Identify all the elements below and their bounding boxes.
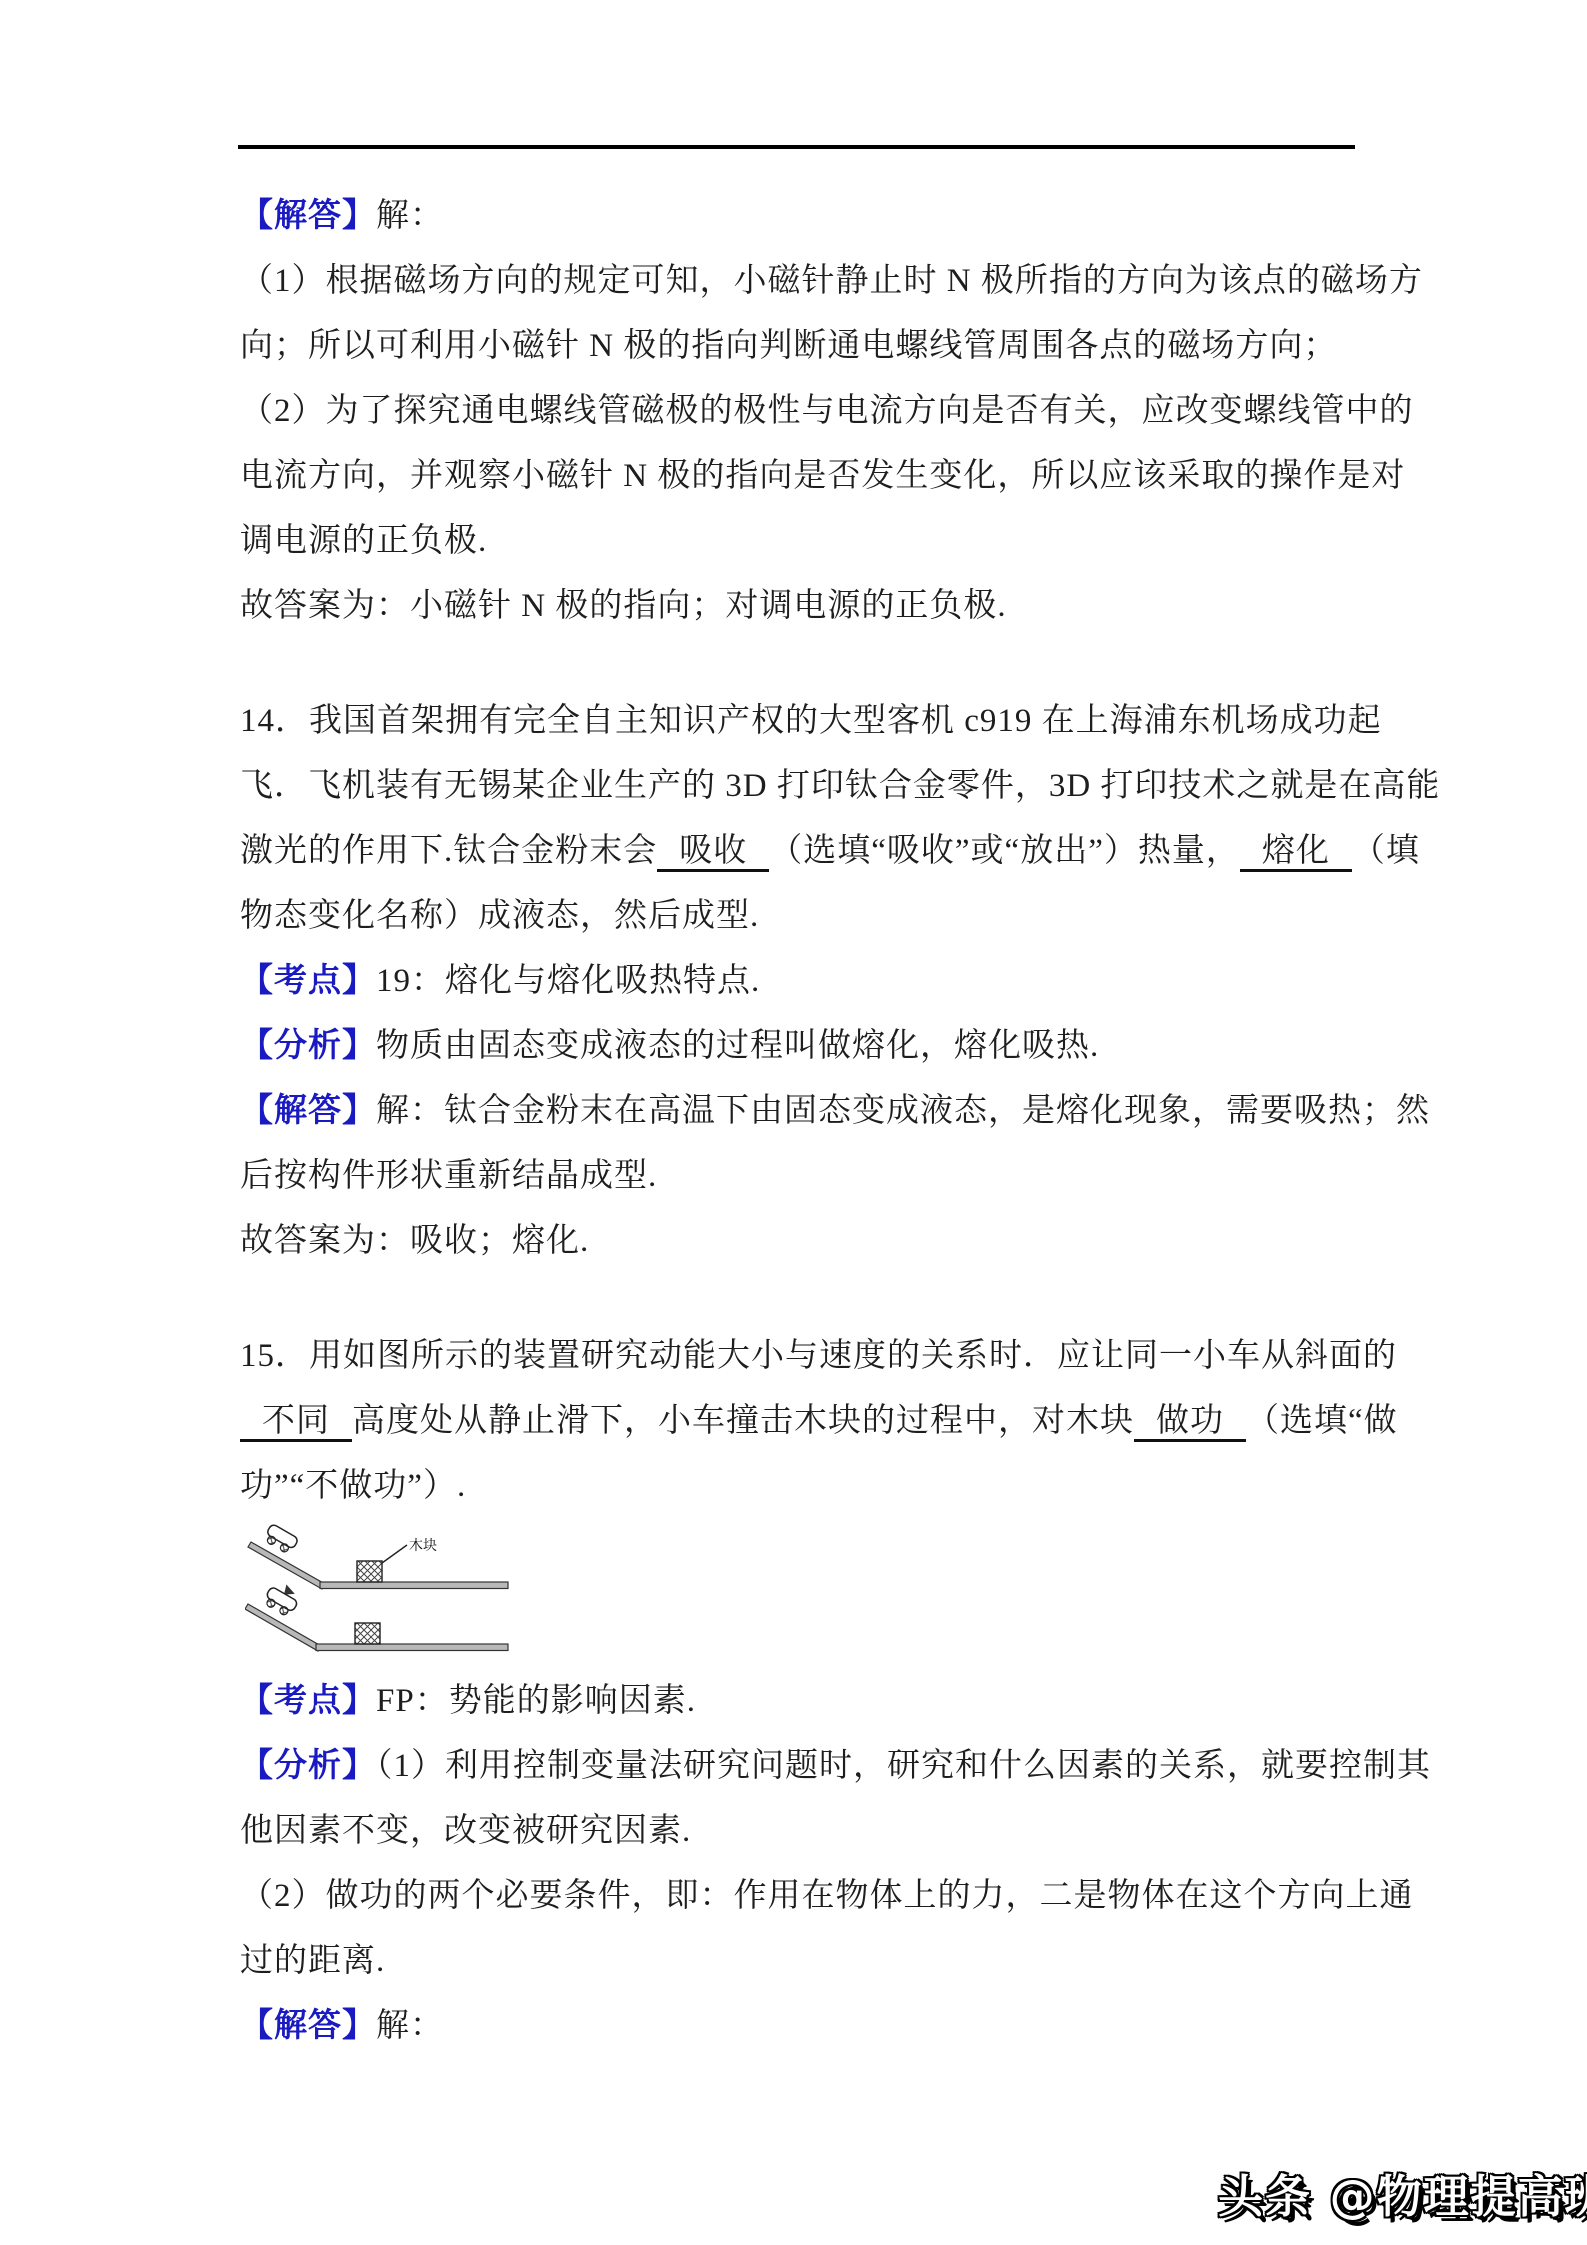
text-line: （1）根据磁场方向的规定可知，小磁针静止时 N 极所指的方向为该点的磁场方	[240, 249, 1380, 314]
text-line: 飞．飞机装有无锡某企业生产的 3D 打印钛合金零件，3D 打印技术之就是在高能	[240, 754, 1380, 819]
text-segment: 后按构件形状重新结晶成型.	[240, 1158, 657, 1194]
text-line: 激光的作用下.钛合金粉末会吸收（选填“吸收”或“放出”）热量，熔化（填	[240, 819, 1380, 884]
section-q14: 14．我国首架拥有完全自主知识产权的大型客机 c919 在上海浦东机场成功起飞．…	[240, 689, 1380, 1274]
blank-answer: 熔化	[1240, 833, 1352, 872]
track-top	[320, 1582, 508, 1589]
text-segment: 过的距离.	[240, 1943, 385, 1979]
text-line: 物态变化名称）成液态，然后成型.	[240, 884, 1380, 949]
text-line: （2）为了探究通电螺线管磁极的极性与电流方向是否有关，应改变螺线管中的	[240, 379, 1380, 444]
text-segment: 14．我国首架拥有完全自主知识产权的大型客机 c919 在上海浦东机场成功起	[240, 703, 1382, 739]
block-label: 木块	[409, 1537, 437, 1554]
text-segment: 物质由固态变成液态的过程叫做熔化，熔化吸热.	[376, 1028, 1099, 1064]
text-line: 他因素不变，改变被研究因素.	[240, 1799, 1380, 1864]
text-segment: 他因素不变，改变被研究因素.	[240, 1813, 691, 1849]
text-segment: （1）根据磁场方向的规定可知，小磁针静止时 N 极所指的方向为该点的磁场方	[240, 263, 1423, 299]
section-label: 【考点】	[240, 963, 376, 999]
block-pointer-line	[382, 1545, 407, 1563]
text-line: 【考点】FP：势能的影响因素.	[240, 1669, 1380, 1734]
text-line: 【考点】19：熔化与熔化吸热特点.	[240, 949, 1380, 1014]
text-segment: 激光的作用下.钛合金粉末会	[240, 833, 657, 869]
text-line: 【解答】解：	[240, 1994, 1380, 2059]
blank-answer: 不同	[240, 1403, 352, 1442]
watermark: 头条 @物理提高班	[1218, 2160, 1587, 2225]
blank-answer: 吸收	[657, 833, 769, 872]
text-segment: 功”“不做功”）.	[240, 1468, 466, 1504]
text-segment: （选填“吸收”或“放出”）热量，	[769, 833, 1240, 869]
text-line: 过的距离.	[240, 1929, 1380, 1994]
wood-block-bottom-icon	[355, 1623, 380, 1644]
document-body-upper: 【解答】解：（1）根据磁场方向的规定可知，小磁针静止时 N 极所指的方向为该点的…	[240, 184, 1380, 1519]
cart-top-icon	[263, 1523, 299, 1555]
text-line: （2）做功的两个必要条件，即：作用在物体上的力，二是物体在这个方向上通	[240, 1864, 1380, 1929]
blank-answer: 做功	[1134, 1403, 1246, 1442]
text-segment: （2）做功的两个必要条件，即：作用在物体上的力，二是物体在这个方向上通	[240, 1878, 1414, 1914]
text-segment: （选填“做	[1246, 1403, 1398, 1439]
text-line: 功”“不做功”）.	[240, 1454, 1380, 1519]
text-line: 调电源的正负极.	[240, 509, 1380, 574]
text-segment: 19：熔化与熔化吸热特点.	[376, 963, 760, 999]
text-segment: 故答案为：吸收；熔化.	[240, 1223, 589, 1259]
experiment-diagram: 木块	[245, 1518, 535, 1668]
text-line: 【分析】物质由固态变成液态的过程叫做熔化，熔化吸热.	[240, 1014, 1380, 1079]
text-segment: （2）为了探究通电螺线管磁极的极性与电流方向是否有关，应改变螺线管中的	[240, 393, 1414, 429]
track-bottom	[316, 1644, 508, 1651]
section-label: 【解答】	[240, 198, 376, 234]
text-segment: 15．用如图所示的装置研究动能大小与速度的关系时．应让同一小车从斜面的	[240, 1338, 1397, 1374]
text-segment: FP：势能的影响因素.	[376, 1683, 696, 1719]
wood-block-top-icon	[357, 1561, 382, 1582]
text-line: 向；所以可利用小磁针 N 极的指向判断通电螺线管周围各点的磁场方向；	[240, 314, 1380, 379]
text-line: 电流方向，并观察小磁针 N 极的指向是否发生变化，所以应该采取的操作是对	[240, 444, 1380, 509]
text-line: 【解答】解：	[240, 184, 1380, 249]
text-segment: 高度处从静止滑下，小车撞击木块的过程中，对木块	[352, 1403, 1134, 1439]
text-segment: 解：钛合金粉末在高温下由固态变成液态，是熔化现象，需要吸热；然	[376, 1093, 1430, 1129]
section-q15-analysis: 【考点】FP：势能的影响因素.【分析】（1）利用控制变量法研究问题时，研究和什么…	[240, 1669, 1380, 2059]
text-segment: 故答案为：小磁针 N 极的指向；对调电源的正负极.	[240, 588, 1007, 624]
text-line: 15．用如图所示的装置研究动能大小与速度的关系时．应让同一小车从斜面的	[240, 1324, 1380, 1389]
section-label: 【分析】	[240, 1028, 376, 1064]
top-divider	[238, 145, 1355, 149]
text-line: 【分析】（1）利用控制变量法研究问题时，研究和什么因素的关系，就要控制其	[240, 1734, 1380, 1799]
text-segment: 飞．飞机装有无锡某企业生产的 3D 打印钛合金零件，3D 打印技术之就是在高能	[240, 768, 1440, 804]
cart-bottom-icon	[262, 1578, 303, 1618]
text-segment: 调电源的正负极.	[240, 523, 487, 559]
text-segment: 物态变化名称）成液态，然后成型.	[240, 898, 759, 934]
text-segment: （1）利用控制变量法研究问题时，研究和什么因素的关系，就要控制其	[376, 1748, 1431, 1784]
section-label: 【解答】	[240, 1093, 376, 1129]
text-segment: （填	[1352, 833, 1420, 869]
text-segment: 解：	[376, 2008, 444, 2044]
text-line: 【解答】解：钛合金粉末在高温下由固态变成液态，是熔化现象，需要吸热；然	[240, 1079, 1380, 1144]
text-line: 故答案为：小磁针 N 极的指向；对调电源的正负极.	[240, 574, 1380, 639]
section-label: 【考点】	[240, 1683, 376, 1719]
exam-document-page: 【解答】解：（1）根据磁场方向的规定可知，小磁针静止时 N 极所指的方向为该点的…	[0, 0, 1587, 2245]
text-segment: 向；所以可利用小磁针 N 极的指向判断通电螺线管周围各点的磁场方向；	[240, 328, 1337, 364]
text-segment: 电流方向，并观察小磁针 N 极的指向是否发生变化，所以应该采取的操作是对	[240, 458, 1405, 494]
text-segment: 解：	[376, 198, 444, 234]
text-line: 14．我国首架拥有完全自主知识产权的大型客机 c919 在上海浦东机场成功起	[240, 689, 1380, 754]
section-q15: 15．用如图所示的装置研究动能大小与速度的关系时．应让同一小车从斜面的不同高度处…	[240, 1324, 1380, 1519]
section-label: 【解答】	[240, 2008, 376, 2044]
document-body-lower: 【考点】FP：势能的影响因素.【分析】（1）利用控制变量法研究问题时，研究和什么…	[240, 1669, 1380, 2059]
section-label: 【分析】	[240, 1748, 376, 1784]
section-q13-answer: 【解答】解：（1）根据磁场方向的规定可知，小磁针静止时 N 极所指的方向为该点的…	[240, 184, 1380, 639]
text-line: 后按构件形状重新结晶成型.	[240, 1144, 1380, 1209]
text-line: 不同高度处从静止滑下，小车撞击木块的过程中，对木块做功（选填“做	[240, 1389, 1380, 1454]
text-line: 故答案为：吸收；熔化.	[240, 1209, 1380, 1274]
